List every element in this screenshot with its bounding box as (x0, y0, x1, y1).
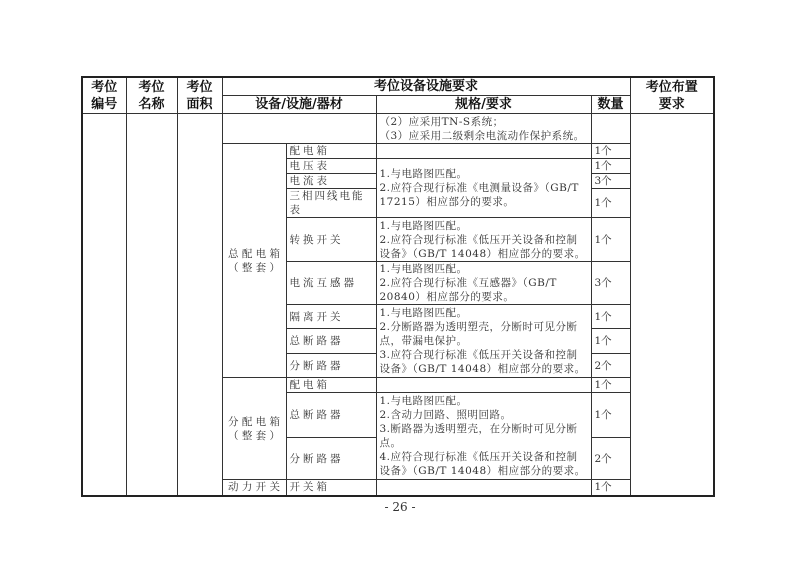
station-area-cell (177, 114, 222, 496)
item-name: 电压表 (286, 159, 376, 174)
qty-cell (591, 114, 630, 144)
qty-cell: 2个 (591, 438, 630, 480)
qty-cell: 2个 (591, 354, 630, 378)
item-name: 隔离开关 (286, 305, 376, 329)
header-spec: 规格/要求 (376, 96, 591, 114)
qty-cell: 3个 (591, 262, 630, 305)
spec-cell: 1.与电路图匹配。 2.分断路器为透明塑壳，分断时可见分断点，带漏电保护。 3.… (376, 305, 591, 378)
header-station-name: 考位名称 (126, 77, 177, 114)
spec-cell: 1.与电路图匹配。 2.含动力回路、照明回路。 3.断路器为透明塑壳，在分断时可… (376, 393, 591, 480)
item-name: 配电箱 (286, 144, 376, 159)
qty-cell: 3个 (591, 174, 630, 189)
exam-equipment-table: 考位编号 考位名称 考位面积 考位设备设施要求 考位布置要求 设备/设施/器材 … (81, 76, 715, 497)
document-page: 考位编号 考位名称 考位面积 考位设备设施要求 考位布置要求 设备/设施/器材 … (0, 0, 800, 566)
table-row: （2）应采用TN-S系统； （3）应采用二级剩余电流动作保护系统。 (82, 114, 714, 144)
qty-cell: 1个 (591, 378, 630, 393)
item-name: 三相四线电能表 (286, 189, 376, 218)
header-equipment-requirements: 考位设备设施要求 (222, 77, 630, 96)
item-name: 开关箱 (286, 480, 376, 496)
item-name: 配电箱 (286, 378, 376, 393)
qty-cell: 1个 (591, 305, 630, 329)
spec-cell (376, 480, 591, 496)
page-number: - 26 - (0, 500, 800, 514)
qty-cell: 1个 (591, 218, 630, 262)
group-name-power-switch: 动 力 开 关 (222, 480, 286, 496)
station-number-cell (82, 114, 126, 496)
item-name: 分断路器 (286, 438, 376, 480)
qty-cell: 1个 (591, 329, 630, 354)
item-name: 分断路器 (286, 354, 376, 378)
qty-cell: 1个 (591, 189, 630, 218)
header-equipment: 设备/设施/器材 (222, 96, 376, 114)
item-name: 总断路器 (286, 393, 376, 438)
qty-cell: 1个 (591, 144, 630, 159)
spec-cell: 1.与电路图匹配。 2.应符合现行标准《电测量设备》（GB/T 17215）相应… (376, 159, 591, 218)
header-quantity: 数量 (591, 96, 630, 114)
layout-requirements-cell (630, 114, 714, 496)
item-name: 总断路器 (286, 329, 376, 354)
spec-cell (376, 378, 591, 393)
spec-cell (376, 144, 591, 159)
equipment-cell (222, 114, 376, 144)
qty-cell: 1个 (591, 393, 630, 438)
item-name: 电流互感器 (286, 262, 376, 305)
station-name-cell (126, 114, 177, 496)
spec-cell: 1.与电路图匹配。 2.应符合现行标准《低压开关设备和控制设备》（GB/T 14… (376, 218, 591, 262)
header-station-number: 考位编号 (82, 77, 126, 114)
qty-cell: 1个 (591, 480, 630, 496)
qty-cell: 1个 (591, 159, 630, 174)
header-station-area: 考位面积 (177, 77, 222, 114)
header-layout-requirements: 考位布置要求 (630, 77, 714, 114)
group-name-sub-distribution: 分 配 电 箱（ 整 套 ） (222, 378, 286, 480)
spec-cell: 1.与电路图匹配。 2.应符合现行标准《互感器》（GB/T 20840）相应部分… (376, 262, 591, 305)
item-name: 电流表 (286, 174, 376, 189)
group-name-main-distribution: 总 配 电 箱（ 整 套 ） (222, 144, 286, 378)
item-name: 转换开关 (286, 218, 376, 262)
spec-cell: （2）应采用TN-S系统； （3）应采用二级剩余电流动作保护系统。 (376, 114, 591, 144)
